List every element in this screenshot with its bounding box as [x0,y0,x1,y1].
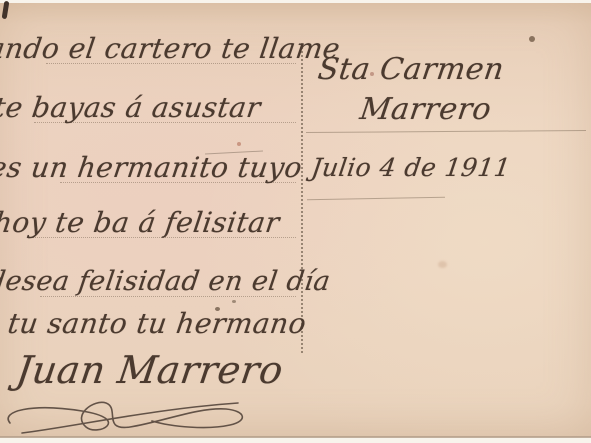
ink-speck [529,36,535,42]
stain-speck [237,142,241,146]
postcard-paper: ando el cartero te llame te bayas á asus… [0,3,591,437]
date-ruled-line [307,197,445,200]
ink-speck [215,307,220,311]
recipient-name-line-1: Sta Carmen [316,55,506,85]
date: Julio 4 de 1911 [310,155,512,180]
message-line-4: hoy te ba á felisitar [0,209,281,237]
signature: Juan Marrero [14,351,286,389]
message-line-2: te bayas á asustar [0,94,262,122]
address-ruled-line [306,130,586,133]
signature-flourish [2,393,252,441]
card-edge-shadow [0,436,591,438]
message-line-3: es un hermanito tuyo [0,154,304,182]
recipient-name-line-2: Marrero [358,95,493,125]
stain-smudge [438,261,447,268]
message-line-5: desea felisidad en el día [0,268,332,295]
stain-speck [370,72,374,76]
message-line-6: tu santo tu hermano [6,310,308,338]
message-line-1: ando el cartero te llame [0,35,342,63]
postcard-scan: ando el cartero te llame te bayas á asus… [0,0,591,443]
ink-speck [232,300,236,303]
ink-mark [2,1,10,20]
